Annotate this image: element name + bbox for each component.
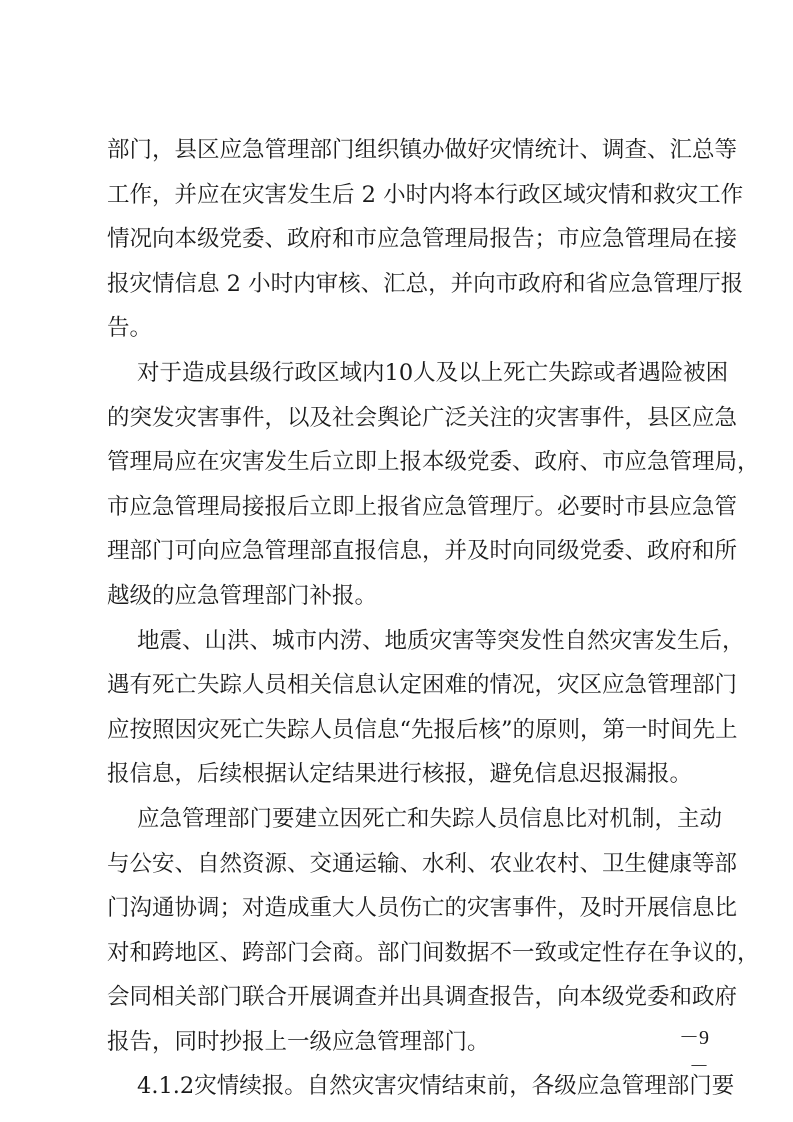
text-line: 告。 <box>107 306 707 351</box>
body-text: 部门，县区应急管理部门组织镇办做好灾情统计、调查、汇总等 工作，并应在灾害发生后… <box>107 128 707 1109</box>
paragraph: 地震、山洪、城市内涝、地质灾害等突发性自然灾害发生后， 遇有死亡失踪人员相关信息… <box>107 619 707 797</box>
paragraph: 对于造成县级行政区域内10人及以上死亡失踪或者遇险被困 的突发灾害事件，以及社会… <box>107 351 707 619</box>
text-line: 会同相关部门联合开展调查并出具调查报告，向本级党委和政府 <box>107 975 707 1020</box>
text-line: 管理局应在灾害发生后立即上报本级党委、政府、市应急管理局， <box>107 440 707 485</box>
paragraph: 部门，县区应急管理部门组织镇办做好灾情统计、调查、汇总等 工作，并应在灾害发生后… <box>107 128 707 351</box>
text-line: 地震、山洪、城市内涝、地质灾害等突发性自然灾害发生后， <box>107 619 707 664</box>
paragraph: 4.1.2灾情续报。自然灾害灾情结束前，各级应急管理部门要 <box>107 1064 707 1109</box>
text-line: 部门，县区应急管理部门组织镇办做好灾情统计、调查、汇总等 <box>107 128 707 173</box>
text-line: 应按照因灾死亡失踪人员信息“先报后核”的原则，第一时间先上 <box>107 708 707 753</box>
text-line: 门沟通协调；对造成重大人员伤亡的灾害事件，及时开展信息比 <box>107 886 707 931</box>
document-page: 部门，县区应急管理部门组织镇办做好灾情统计、调查、汇总等 工作，并应在灾害发生后… <box>0 0 793 1122</box>
text-line: 遇有死亡失踪人员相关信息认定困难的情况，灾区应急管理部门 <box>107 663 707 708</box>
text-line: 报告，同时抄报上一级应急管理部门。 <box>107 1020 707 1065</box>
text-line: 的突发灾害事件，以及社会舆论广泛关注的灾害事件，县区应急 <box>107 396 707 441</box>
text-line: 对和跨地区、跨部门会商。部门间数据不一致或定性存在争议的， <box>107 931 707 976</box>
text-line: 越级的应急管理部门补报。 <box>107 574 707 619</box>
text-line: 应急管理部门要建立因死亡和失踪人员信息比对机制，主动 <box>107 797 707 842</box>
text-line: 工作，并应在灾害发生后 2 小时内将本行政区域灾情和救灾工作 <box>107 173 707 218</box>
text-line: 情况向本级党委、政府和市应急管理局报告；市应急管理局在接 <box>107 217 707 262</box>
text-line: 对于造成县级行政区域内10人及以上死亡失踪或者遇险被困 <box>107 351 707 396</box>
text-line: 4.1.2灾情续报。自然灾害灾情结束前，各级应急管理部门要 <box>107 1064 707 1109</box>
page-number: －9－ <box>664 1021 709 1079</box>
text-line: 报灾情信息 2 小时内审核、汇总，并向市政府和省应急管理厅报 <box>107 262 707 307</box>
text-line: 报信息，后续根据认定结果进行核报，避免信息迟报漏报。 <box>107 752 707 797</box>
paragraph: 应急管理部门要建立因死亡和失踪人员信息比对机制，主动 与公安、自然资源、交通运输… <box>107 797 707 1065</box>
text-line: 理部门可向应急管理部直报信息，并及时向同级党委、政府和所 <box>107 529 707 574</box>
text-line: 与公安、自然资源、交通运输、水利、农业农村、卫生健康等部 <box>107 842 707 887</box>
text-line: 市应急管理局接报后立即上报省应急管理厅。必要时市县应急管 <box>107 485 707 530</box>
